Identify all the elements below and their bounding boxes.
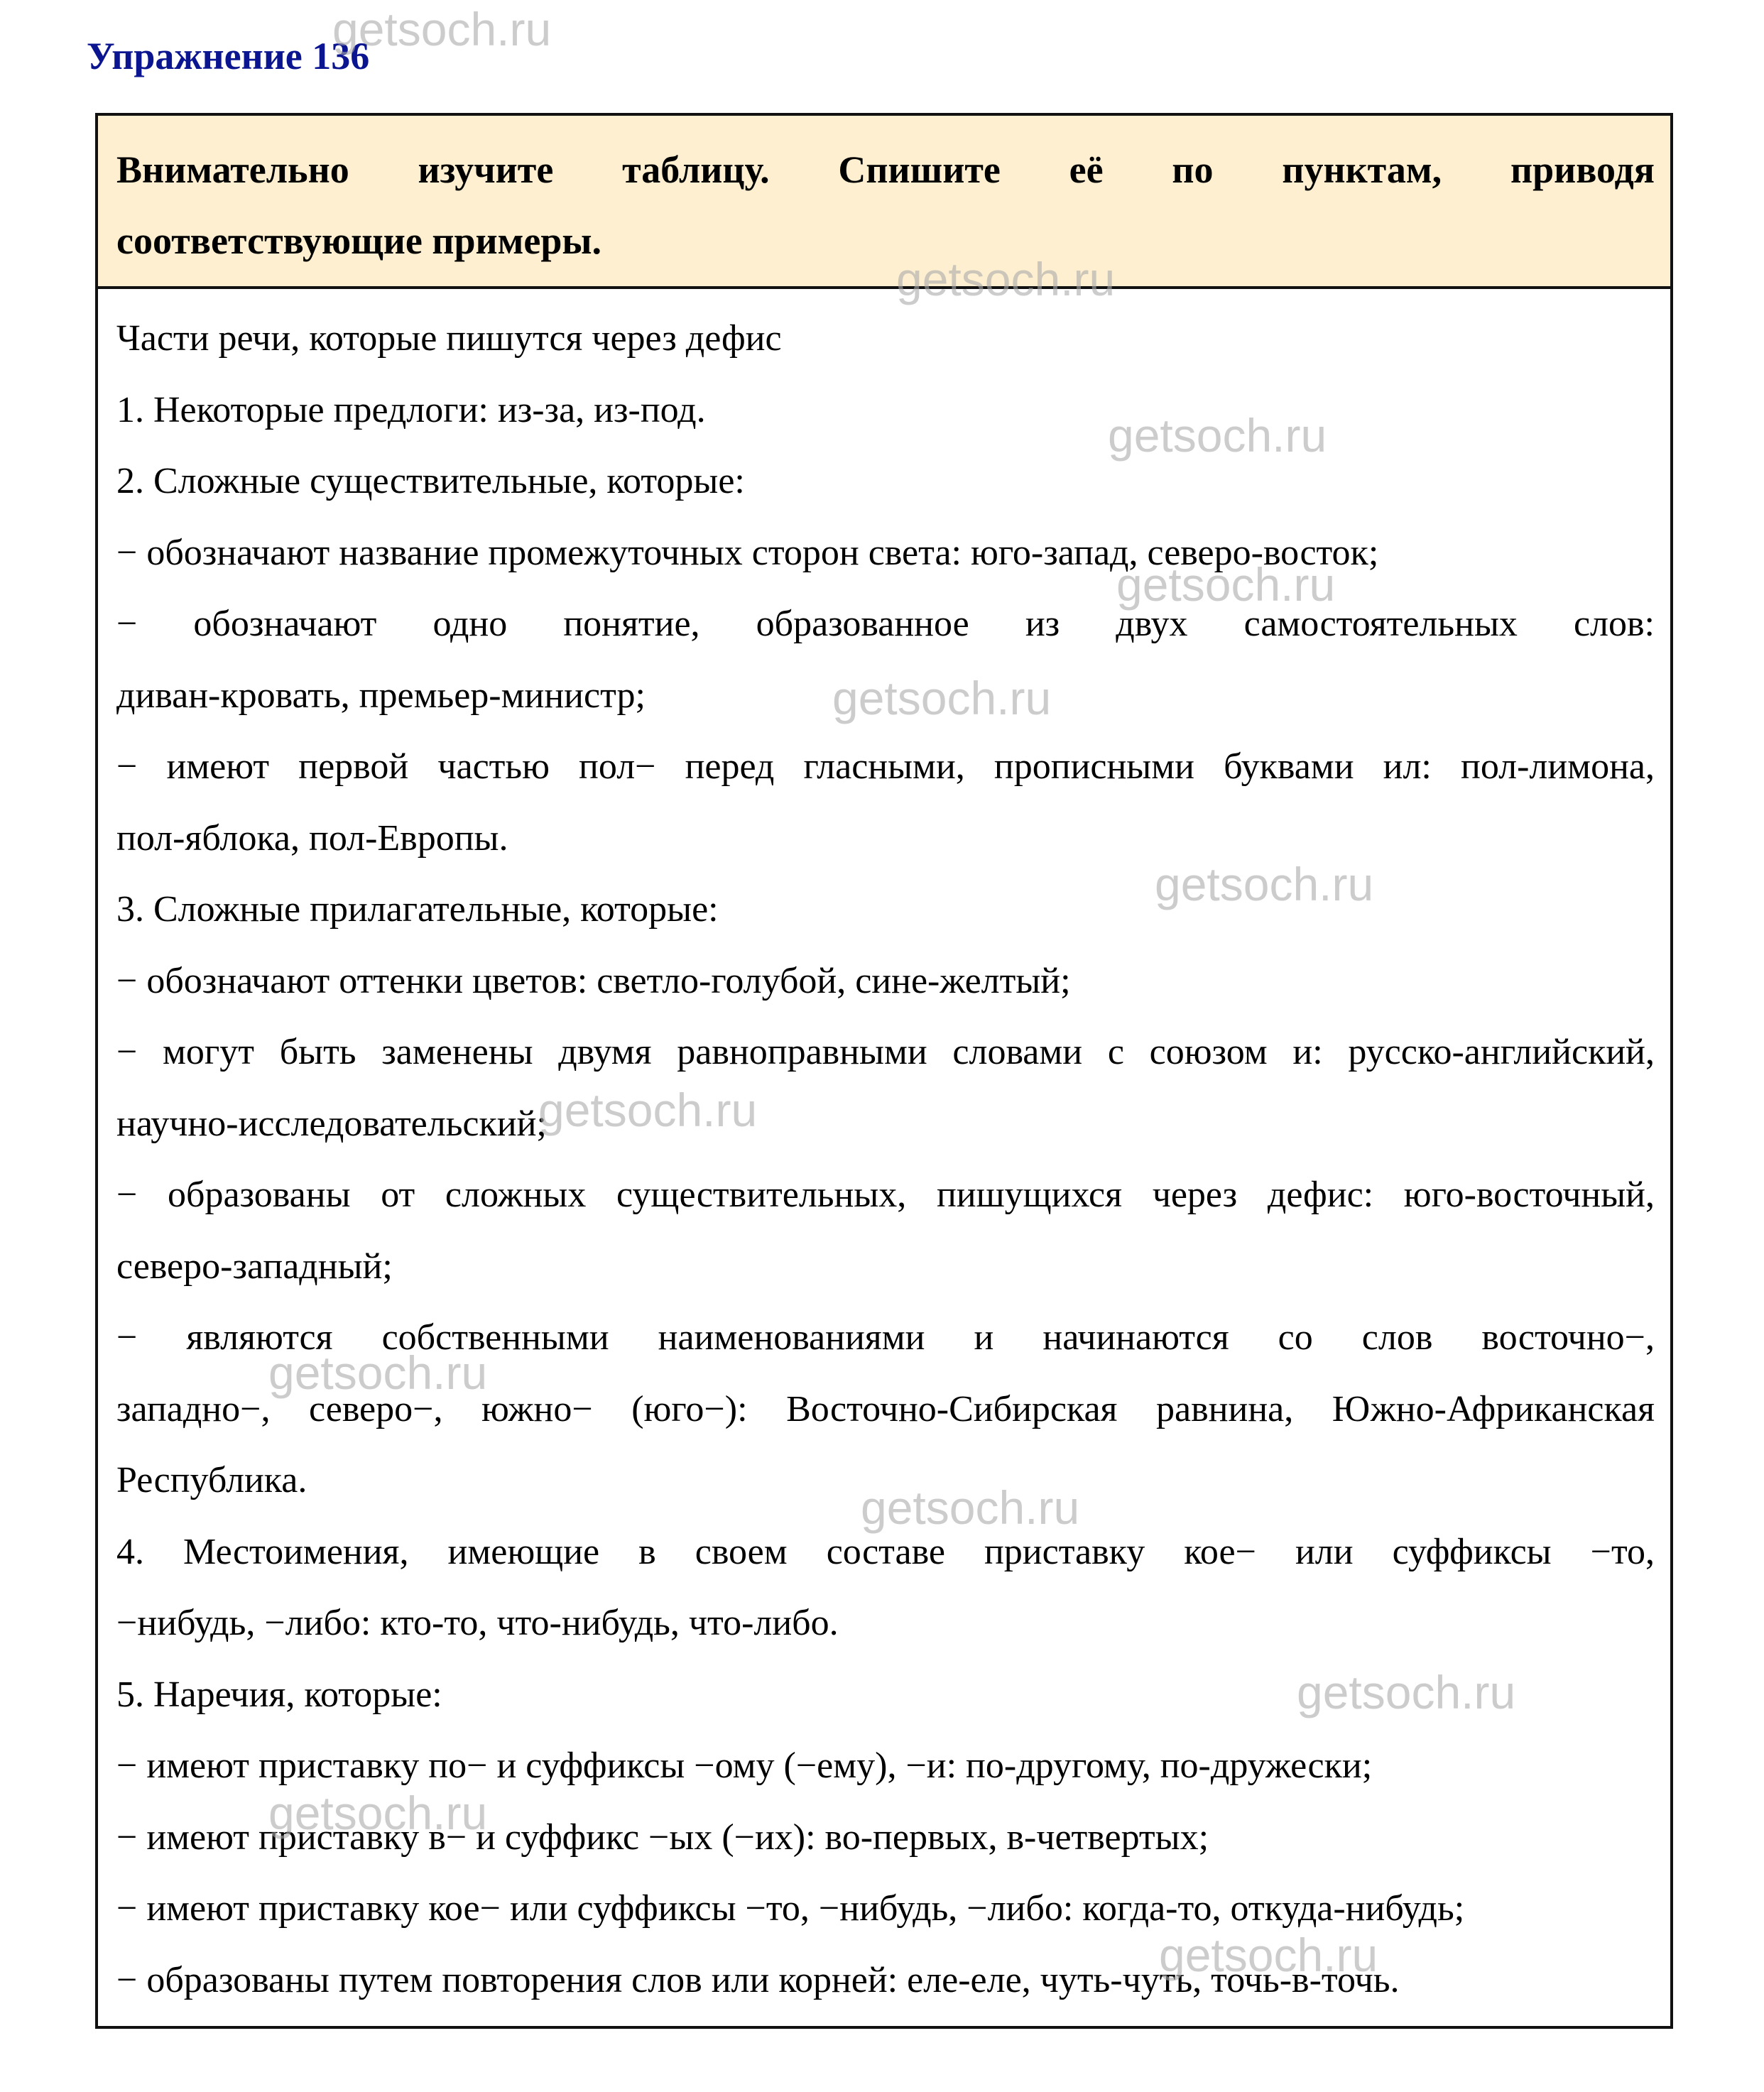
rule-line: Республика. — [116, 1445, 1655, 1517]
rule-line: − имеют приставку в− и суффикс −ых (−их)… — [116, 1802, 1655, 1874]
rules-list: Части речи, которые пишутся через дефис1… — [116, 303, 1655, 2016]
table-content: Части речи, которые пишутся через дефис1… — [116, 303, 1655, 2016]
rule-line: 1. Некоторые предлоги: из-за, из-под. — [116, 375, 1655, 447]
rule-line: 3. Сложные прилагательные, которые: — [116, 874, 1655, 946]
rule-line: − имеют приставку по− и суффиксы −ому (−… — [116, 1731, 1655, 1802]
task-instruction-line: Внимательно изучите таблицу. Спишите её … — [116, 134, 1655, 205]
rule-line: Части речи, которые пишутся через дефис — [116, 303, 1655, 375]
rule-line: − могут быть заменены двумя равноправным… — [116, 1017, 1655, 1089]
rule-line: 2. Сложные существительные, которые: — [116, 446, 1655, 518]
rule-line: − обозначают название промежуточных стор… — [116, 518, 1655, 589]
rule-line: пол-яблока, пол-Европы. — [116, 803, 1655, 875]
rule-line: западно−, северо−, южно− (юго−): Восточн… — [116, 1374, 1655, 1446]
task-instruction: Внимательно изучите таблицу. Спишите её … — [98, 116, 1670, 289]
rule-line: 5. Наречия, которые: — [116, 1660, 1655, 1731]
rules-table: Внимательно изучите таблицу. Спишите её … — [95, 113, 1673, 2029]
rule-line: −нибудь, −либо: кто-то, что-нибудь, что-… — [116, 1588, 1655, 1660]
rule-line: − обозначают оттенки цветов: светло-голу… — [116, 946, 1655, 1018]
exercise-title: Упражнение 136 — [87, 37, 369, 75]
rule-line: − обозначают одно понятие, образованное … — [116, 589, 1655, 660]
rule-line: северо-западный; — [116, 1231, 1655, 1303]
rule-line: диван-кровать, премьер-министр; — [116, 660, 1655, 732]
rule-line: − имеют приставку кое− или суффиксы −то,… — [116, 1873, 1655, 1945]
rule-line: − имеют первой частью пол− перед гласным… — [116, 731, 1655, 803]
task-instruction-text: Внимательно изучите таблицу. Спишите её … — [116, 134, 1655, 276]
rule-line: − образованы от сложных существительных,… — [116, 1160, 1655, 1231]
rule-line: 4. Местоимения, имеющие в своем составе … — [116, 1517, 1655, 1589]
task-instruction-line: соответствующие примеры. — [116, 205, 1655, 276]
rule-line: научно-исследовательский; — [116, 1089, 1655, 1160]
rule-line: − являются собственными наименованиями и… — [116, 1302, 1655, 1374]
rule-line: − образованы путем повторения слов или к… — [116, 1945, 1655, 2017]
